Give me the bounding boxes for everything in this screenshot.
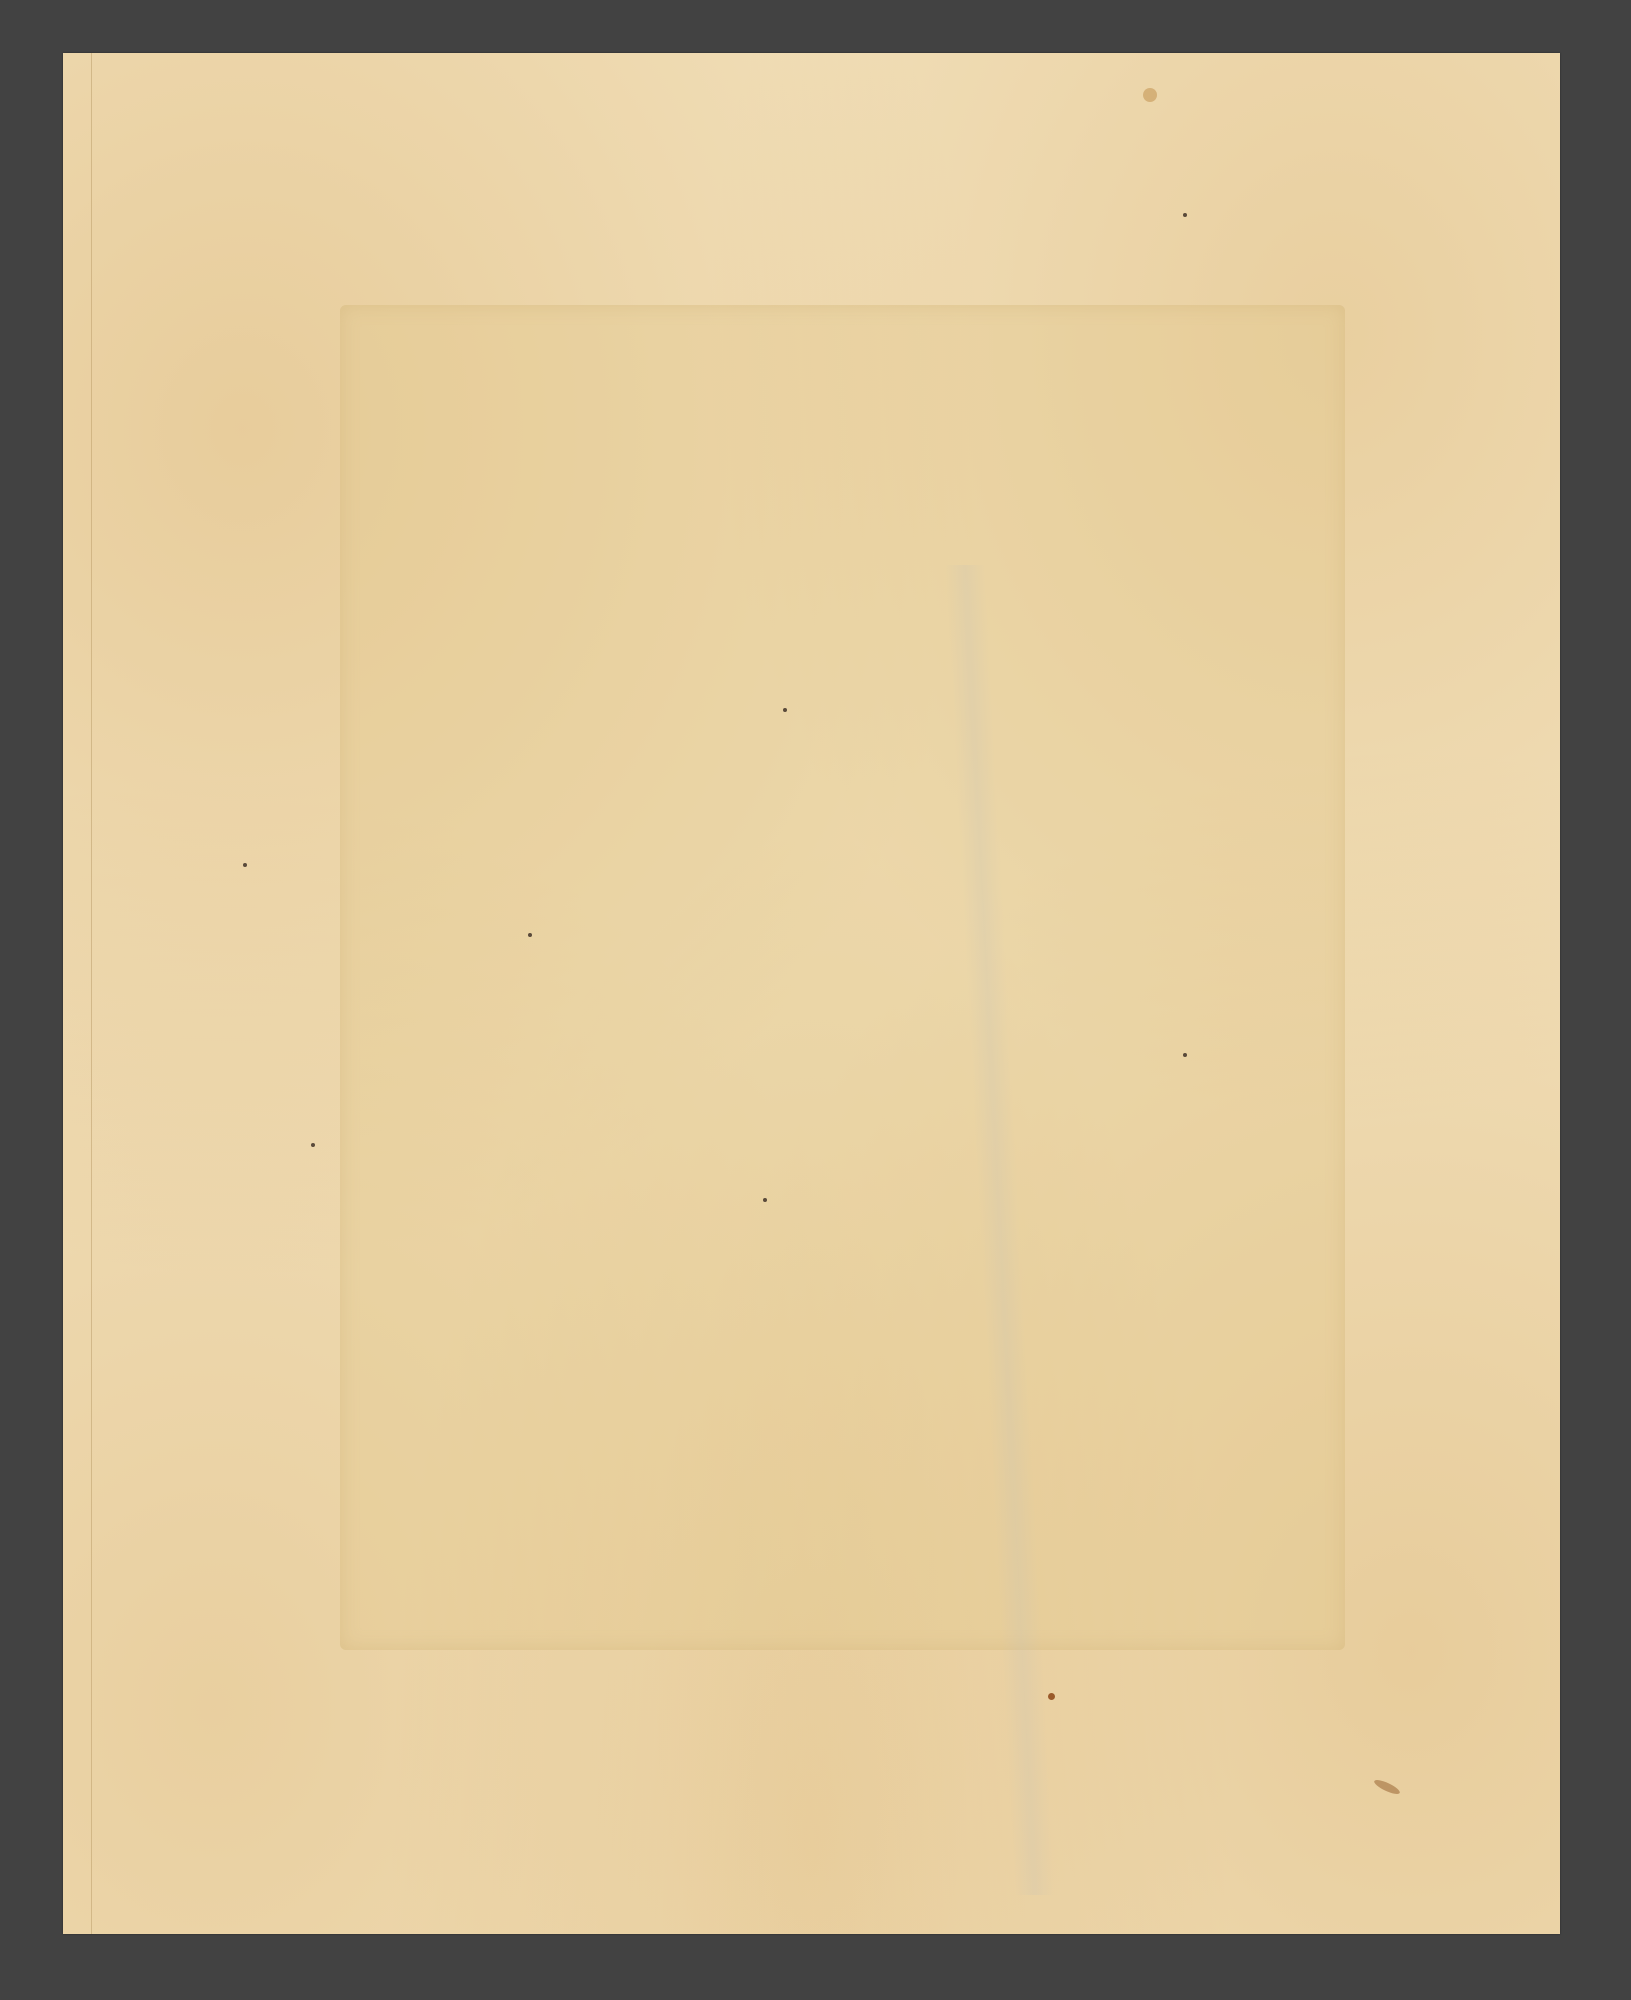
speck xyxy=(783,708,787,712)
speck xyxy=(1183,1053,1187,1057)
stain xyxy=(1048,1693,1055,1700)
speck xyxy=(1183,213,1187,217)
show-through-line xyxy=(945,565,1055,1895)
stain xyxy=(1373,1777,1402,1796)
stain xyxy=(1143,88,1157,102)
plate-mark-area xyxy=(340,305,1345,1650)
speck xyxy=(243,863,247,867)
binding-edge-line xyxy=(91,53,92,1934)
paper-sheet xyxy=(63,53,1560,1934)
speck xyxy=(763,1198,767,1202)
speck xyxy=(311,1143,315,1147)
speck xyxy=(528,933,532,937)
